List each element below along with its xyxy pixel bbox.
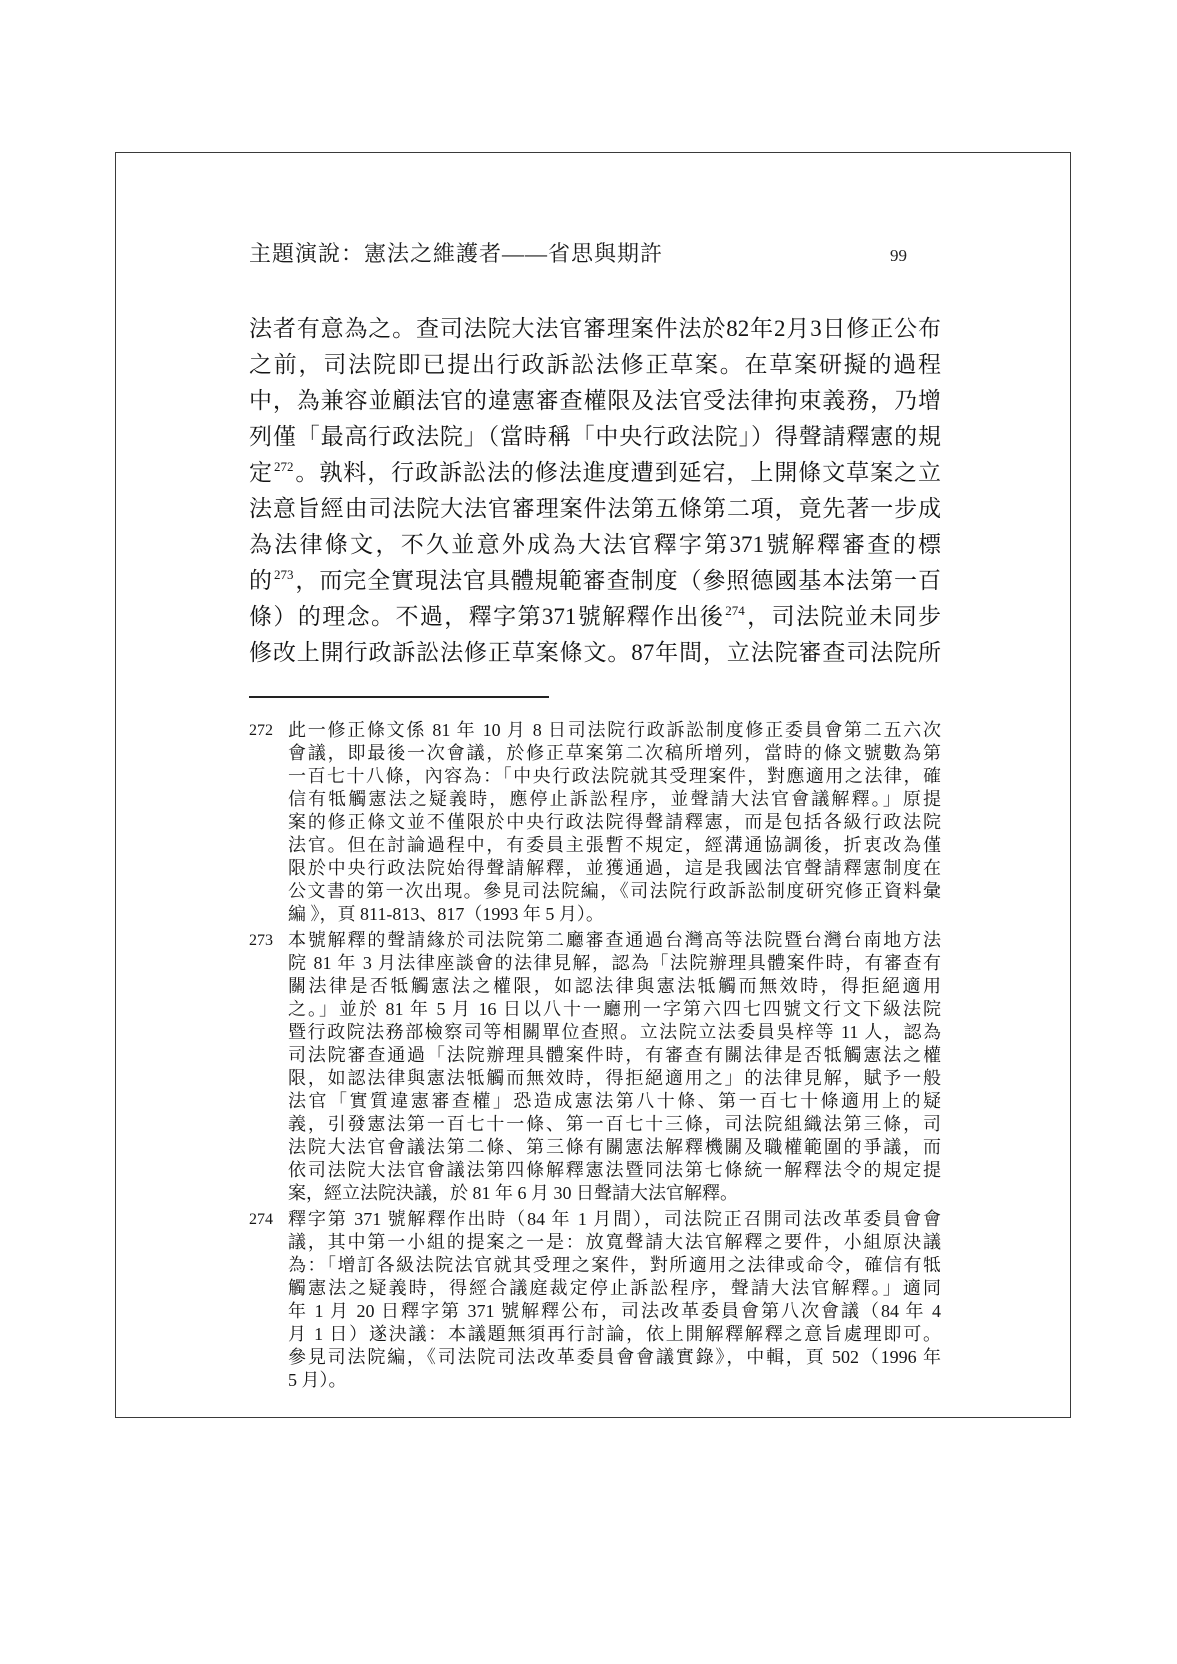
- footnote-line: 暨行政院法務部檢察司等相關單位查照。立法院立法委員吳梓等 11 人，認為: [288, 1021, 941, 1044]
- body-line: 中，為兼容並顧法官的違憲審查權限及法官受法律拘束義務，乃增: [249, 383, 941, 419]
- body-line: 定272。孰料，行政訴訟法的修法進度遭到延宕，上開條文草案之立: [249, 455, 941, 491]
- footnote-line: 本號解釋的聲請緣於司法院第二廳審查通過台灣高等法院暨台灣台南地方法: [288, 929, 941, 952]
- footnote-line: 此一修正條文係 81 年 10 月 8 日司法院行政訴訟制度修正委員會第二五六次: [288, 719, 941, 742]
- footnotes-section: 272此一修正條文係 81 年 10 月 8 日司法院行政訴訟制度修正委員會第二…: [249, 719, 941, 1395]
- footnote-number: 273: [249, 929, 288, 1205]
- body-line: 條）的理念。不過，釋字第371號解釋作出後274，司法院並未同步: [249, 599, 941, 635]
- footnote-line: 一百七十八條，內容為：「中央行政法院就其受理案件，對應適用之法律，確: [288, 765, 941, 788]
- footnote-line: 為：「增訂各級法院法官就其受理之案件，對所適用之法律或命令，確信有牴: [288, 1254, 941, 1277]
- footnote-ref: 274: [724, 603, 746, 618]
- body-line: 法者有意為之。查司法院大法官審理案件法於82年2月3日修正公布: [249, 311, 941, 347]
- body-text: 法者有意為之。查司法院大法官審理案件法於82年2月3日修正公布之前，司法院即已提…: [249, 311, 941, 671]
- footnote: 274釋字第 371 號解釋作出時（84 年 1 月間），司法院正召開司法改革委…: [249, 1208, 941, 1392]
- footnote-line: 觸憲法之疑義時，得經合議庭裁定停止訴訟程序，聲請大法官解釋。」適同: [288, 1277, 941, 1300]
- footnote-line: 司法院審查通過「法院辦理具體案件時，有審查有關法律是否牴觸憲法之權: [288, 1044, 941, 1067]
- footnote-line: 義，引發憲法第一百七十一條、第一百七十三條，司法院組織法第三條，司: [288, 1113, 941, 1136]
- running-header: 主題演說：憲法之維護者——省思與期許 99: [249, 237, 949, 268]
- footnote-line: 年 1 月 20 日釋字第 371 號解釋公布，司法改革委員會第八次會議（84 …: [288, 1300, 941, 1323]
- footnote-line: 之。」並於 81 年 5 月 16 日以八十一廳刑一字第六四七四號文行文下級法院: [288, 998, 941, 1021]
- body-line: 為法律條文，不久並意外成為大法官釋字第371號解釋審查的標: [249, 527, 941, 563]
- header-title: 主題演說：憲法之維護者——省思與期許: [249, 237, 663, 268]
- footnote-line: 信有牴觸憲法之疑義時，應停止訴訟程序，並聲請大法官會議解釋。」原提: [288, 788, 941, 811]
- footnote-line: 限，如認法律與憲法牴觸而無效時，得拒絕適用之」的法律見解，賦予一般: [288, 1067, 941, 1090]
- footnote-line: 參見司法院編，《司法院司法改革委員會會議實錄》，中輯，頁 502（1996 年: [288, 1346, 941, 1369]
- body-line: 列僅「最高行政法院」（當時稱「中央行政法院」）得聲請釋憲的規: [249, 419, 941, 455]
- footnote-line: 公文書的第一次出現。參見司法院編，《司法院行政訴訟制度研究修正資料彙: [288, 880, 941, 903]
- footnote-separator: [249, 696, 549, 698]
- footnote-line: 法院大法官會議法第二條、第三條有關憲法解釋機關及職權範圍的爭議，而: [288, 1136, 941, 1159]
- footnote-line: 編 》，頁 811-813、817（1993 年 5 月）。: [288, 903, 941, 926]
- footnote-line: 法官「實質違憲審查權」恐造成憲法第八十條、第一百七十條適用上的疑: [288, 1090, 941, 1113]
- footnote-ref: 273: [273, 567, 295, 582]
- footnote-line: 限於中央行政法院始得聲請解釋，並獲通過，這是我國法官聲請釋憲制度在: [288, 857, 941, 880]
- footnote-number: 274: [249, 1208, 288, 1392]
- footnote-line: 議，其中第一小組的提案之一是：放寬聲請大法官解釋之要件，小組原決議: [288, 1231, 941, 1254]
- page-frame: 主題演說：憲法之維護者——省思與期許 99 法者有意為之。查司法院大法官審理案件…: [115, 152, 1071, 1418]
- footnote-line: 會議，即最後一次會議，於修正草案第二次稿所增列，當時的條文號數為第: [288, 742, 941, 765]
- footnote-line: 依司法院大法官會議法第四條解釋憲法暨同法第七條統一解釋法令的規定提: [288, 1159, 941, 1182]
- footnote: 272此一修正條文係 81 年 10 月 8 日司法院行政訴訟制度修正委員會第二…: [249, 719, 941, 926]
- footnote: 273本號解釋的聲請緣於司法院第二廳審查通過台灣高等法院暨台灣台南地方法院 81…: [249, 929, 941, 1205]
- footnote-line: 法官。但在討論過程中，有委員主張暫不規定，經溝通協調後，折衷改為僅: [288, 834, 941, 857]
- footnote-text: 釋字第 371 號解釋作出時（84 年 1 月間），司法院正召開司法改革委員會會…: [288, 1208, 941, 1392]
- footnote-line: 院 81 年 3 月法律座談會的法律見解，認為「法院辦理具體案件時，有審查有: [288, 952, 941, 975]
- body-line: 法意旨經由司法院大法官審理案件法第五條第二項，竟先著一步成: [249, 491, 941, 527]
- footnote-text: 此一修正條文係 81 年 10 月 8 日司法院行政訴訟制度修正委員會第二五六次…: [288, 719, 941, 926]
- footnote-line: 5 月）。: [288, 1369, 941, 1392]
- footnote-line: 月 1 日）遂決議：本議題無須再行討論，依上開解釋解釋之意旨處理即可。: [288, 1323, 941, 1346]
- footnote-line: 案的修正條文並不僅限於中央行政法院得聲請釋憲，而是包括各級行政法院: [288, 811, 941, 834]
- footnote-ref: 272: [273, 459, 295, 474]
- body-line: 的273，而完全實現法官具體規範審查制度（參照德國基本法第一百: [249, 563, 941, 599]
- footnote-line: 關法律是否牴觸憲法之權限，如認法律與憲法牴觸而無效時，得拒絕適用: [288, 975, 941, 998]
- document-canvas: { "header": { "title": "主題演說：憲法之維護者——省思與…: [0, 0, 1177, 1664]
- footnote-number: 272: [249, 719, 288, 926]
- footnote-text: 本號解釋的聲請緣於司法院第二廳審查通過台灣高等法院暨台灣台南地方法院 81 年 …: [288, 929, 941, 1205]
- footnote-line: 案，經立法院決議，於 81 年 6 月 30 日聲請大法官解釋。: [288, 1182, 941, 1205]
- body-line: 修改上開行政訴訟法修正草案條文。87年間，立法院審查司法院所: [249, 635, 941, 671]
- page-number: 99: [890, 246, 949, 266]
- footnote-line: 釋字第 371 號解釋作出時（84 年 1 月間），司法院正召開司法改革委員會會: [288, 1208, 941, 1231]
- body-line: 之前，司法院即已提出行政訴訟法修正草案。在草案研擬的過程: [249, 347, 941, 383]
